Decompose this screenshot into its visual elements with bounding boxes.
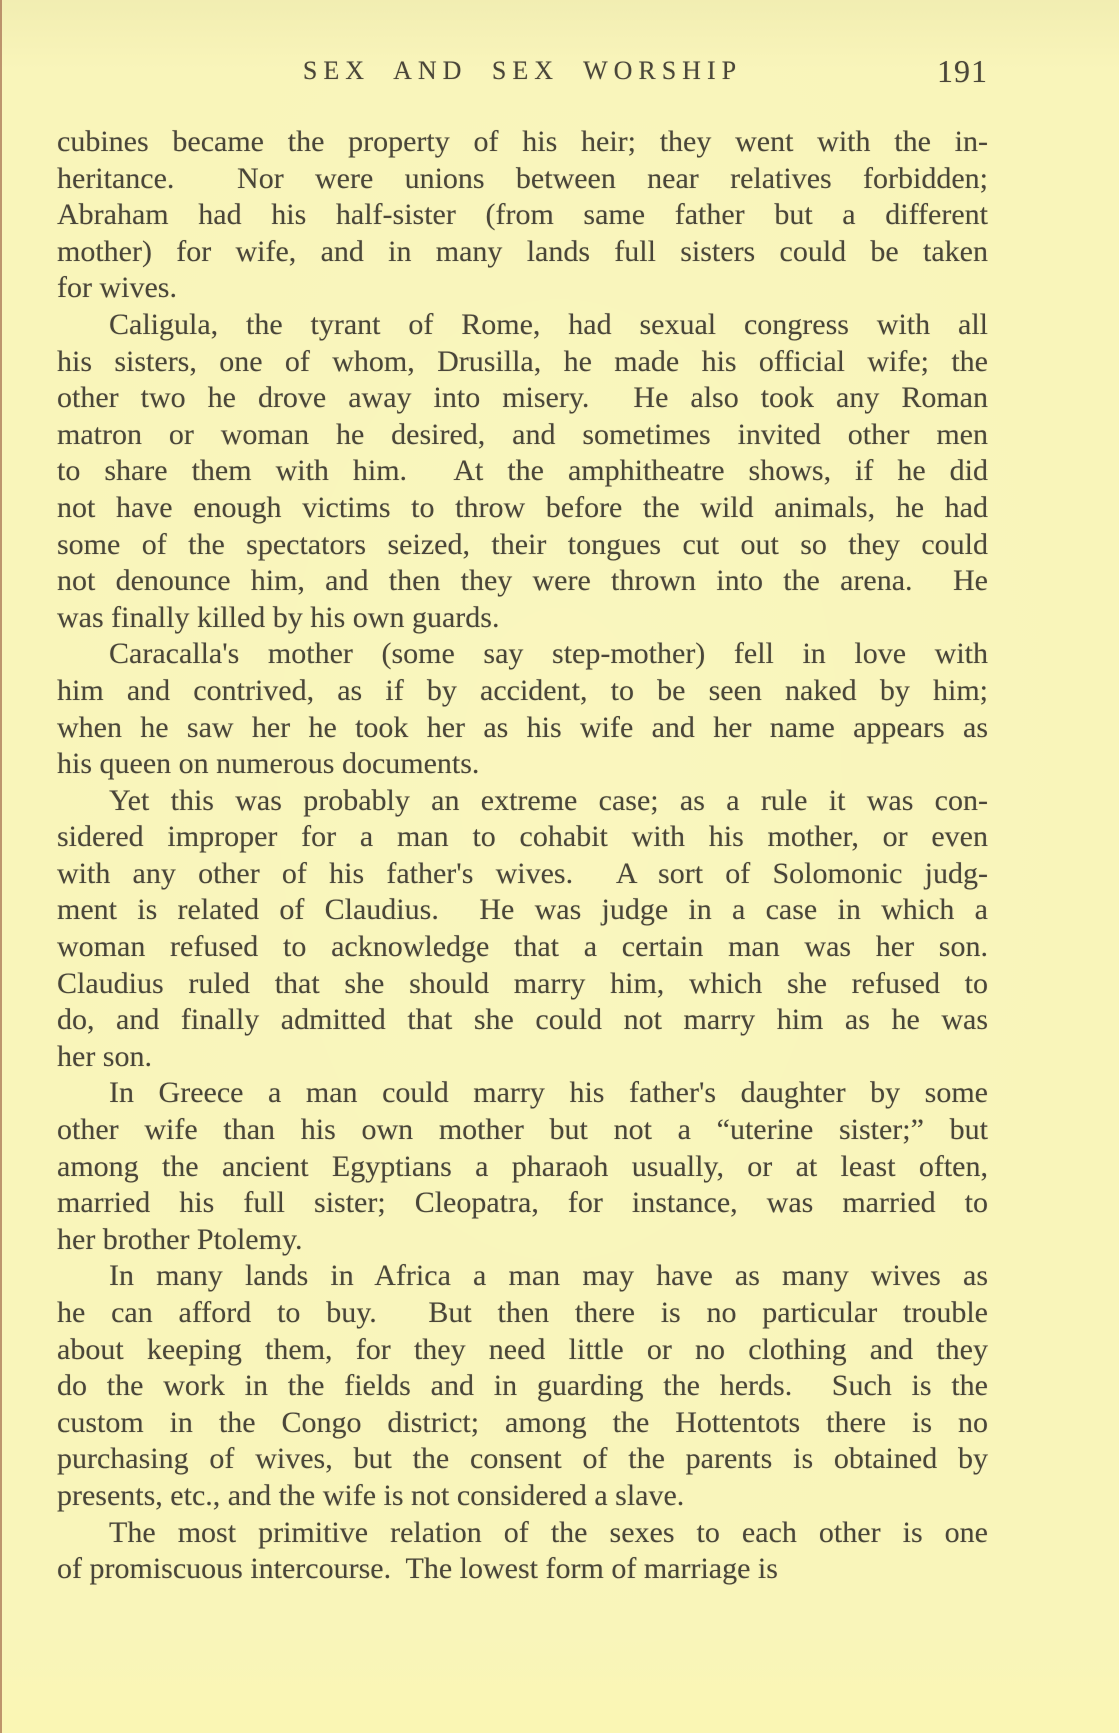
book-page: SEX AND SEX WORSHIP 191 cubines became t… — [0, 0, 1119, 1733]
text-line: Yet this was probably an extreme case; a… — [57, 783, 988, 820]
text-line: not have enough victims to throw before … — [57, 490, 988, 527]
text-line: purchasing of wives, but the consent of … — [57, 1441, 988, 1478]
text-line: was finally killed by his own guards. — [57, 600, 988, 637]
text-line: married his full sister; Cleopatra, for … — [57, 1185, 988, 1222]
running-title: SEX AND SEX WORSHIP — [57, 56, 988, 86]
paragraph: In Greece a man could marry his father's… — [57, 1075, 988, 1258]
text-line: matron or woman he desired, and sometime… — [57, 417, 988, 454]
text-line: of promiscuous intercourse. The lowest f… — [57, 1551, 988, 1588]
text-line: other wife than his own mother but not a… — [57, 1112, 988, 1149]
paragraph: Caligula, the tyrant of Rome, had sexual… — [57, 307, 988, 636]
text-line: cubines became the property of his heir;… — [57, 124, 988, 161]
text-line: mother) for wife, and in many lands full… — [57, 234, 988, 271]
text-line: Claudius ruled that she should marry him… — [57, 966, 988, 1003]
text-line: her son. — [57, 1039, 988, 1076]
paragraph: cubines became the property of his heir;… — [57, 124, 988, 307]
page-number: 191 — [937, 53, 988, 90]
text-line: he can afford to buy. But then there is … — [57, 1295, 988, 1332]
text-line: The most primitive relation of the sexes… — [57, 1515, 988, 1552]
text-line: Abraham had his half-sister (from same f… — [57, 197, 988, 234]
page-body: cubines became the property of his heir;… — [57, 124, 988, 1588]
text-line: his sisters, one of whom, Drusilla, he m… — [57, 344, 988, 381]
text-line: his queen on numerous documents. — [57, 746, 988, 783]
text-line: heritance. Nor were unions between near … — [57, 161, 988, 198]
text-line: about keeping them, for they need little… — [57, 1332, 988, 1369]
text-line: him and contrived, as if by accident, to… — [57, 673, 988, 710]
text-line: ment is related of Claudius. He was judg… — [57, 892, 988, 929]
text-line: other two he drove away into misery. He … — [57, 380, 988, 417]
text-line: when he saw her he took her as his wife … — [57, 710, 988, 747]
page-header: SEX AND SEX WORSHIP 191 — [57, 56, 988, 90]
paragraph: The most primitive relation of the sexes… — [57, 1515, 988, 1588]
text-line: to share them with him. At the amphithea… — [57, 453, 988, 490]
text-line: woman refused to acknowledge that a cert… — [57, 929, 988, 966]
text-line: do the work in the fields and in guardin… — [57, 1368, 988, 1405]
text-line: custom in the Congo district; among the … — [57, 1405, 988, 1442]
text-line: not denounce him, and then they were thr… — [57, 563, 988, 600]
paragraph: Caracalla's mother (some say step-mother… — [57, 636, 988, 782]
paragraph: In many lands in Africa a man may have a… — [57, 1258, 988, 1514]
text-line: with any other of his father's wives. A … — [57, 856, 988, 893]
paragraph: Yet this was probably an extreme case; a… — [57, 783, 988, 1076]
text-line: In many lands in Africa a man may have a… — [57, 1258, 988, 1295]
text-line: among the ancient Egyptians a pharaoh us… — [57, 1149, 988, 1186]
scan-edge-artifact — [0, 0, 2, 1733]
text-line: her brother Ptolemy. — [57, 1222, 988, 1259]
text-line: some of the spectators seized, their ton… — [57, 527, 988, 564]
text-line: for wives. — [57, 270, 988, 307]
text-line: Caligula, the tyrant of Rome, had sexual… — [57, 307, 988, 344]
text-line: In Greece a man could marry his father's… — [57, 1075, 988, 1112]
text-line: Caracalla's mother (some say step-mother… — [57, 636, 988, 673]
text-line: do, and finally admitted that she could … — [57, 1002, 988, 1039]
text-line: sidered improper for a man to cohabit wi… — [57, 819, 988, 856]
text-line: presents, etc., and the wife is not cons… — [57, 1478, 988, 1515]
